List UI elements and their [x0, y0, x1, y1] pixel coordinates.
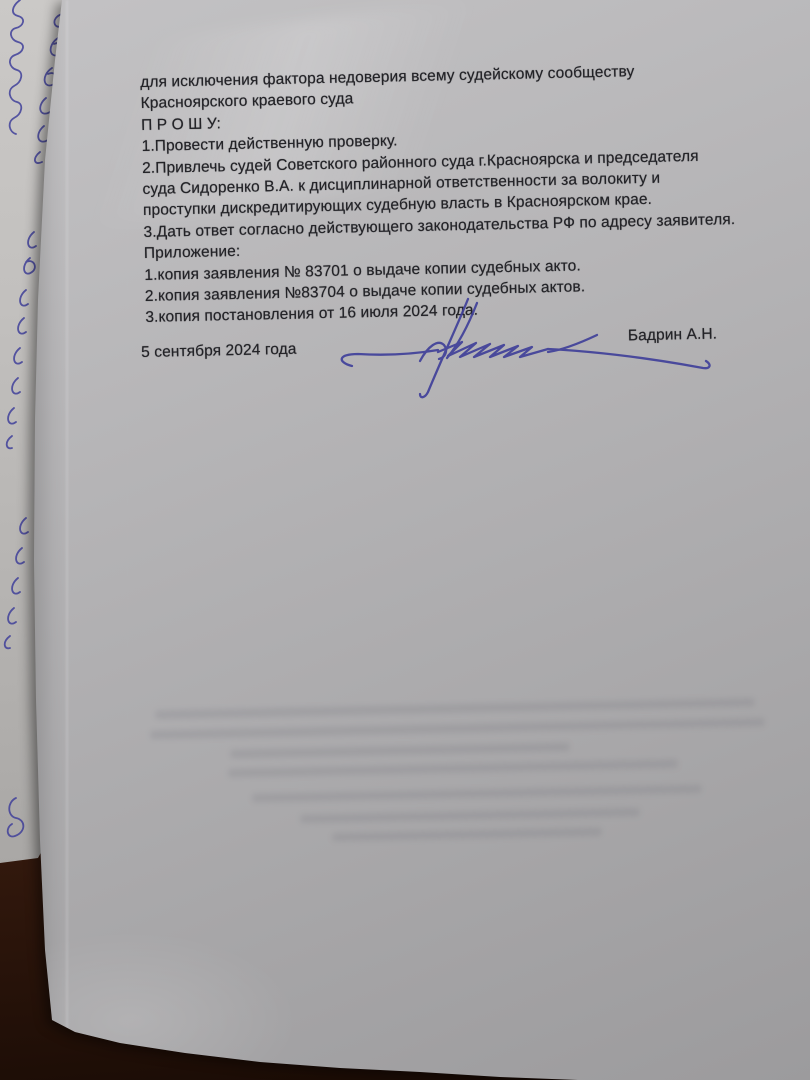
bleed-through-line	[228, 759, 678, 777]
photo-of-document: для исключения фактора недоверия всему с…	[0, 0, 810, 1080]
bleed-through-line	[155, 698, 755, 720]
paper-crease	[66, 0, 68, 1035]
bleed-through-line	[150, 718, 765, 740]
bleed-through-line	[252, 784, 702, 802]
bleed-through-line	[332, 827, 602, 842]
bleed-through-line	[230, 742, 570, 758]
paper-curl-highlight	[40, 930, 300, 1060]
bleed-through-line	[300, 807, 640, 823]
document-sheet: для исключения фактора недоверия всему с…	[0, 0, 810, 1080]
document-date: 5 сентября 2024 года	[141, 339, 297, 364]
signature-ink	[330, 288, 725, 406]
document-sheet-wrap: для исключения фактора недоверия всему с…	[0, 0, 810, 1080]
paper-edge-shadow	[34, 0, 68, 1035]
